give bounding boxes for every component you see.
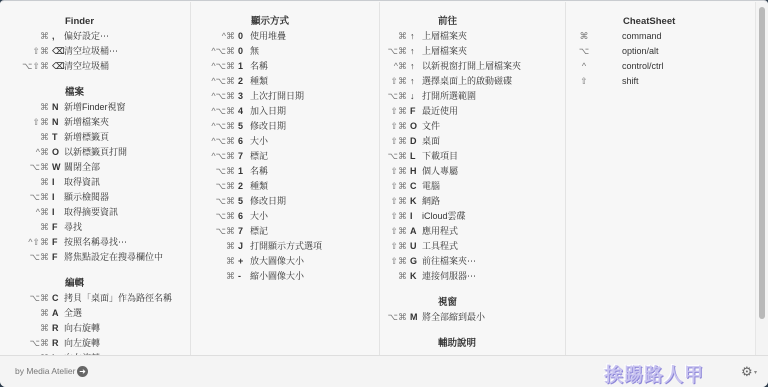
modifier-keys: ⇧⌘K [380, 194, 420, 209]
shortcut-row: ^⌘O以新標籤頁打開 [0, 145, 190, 160]
shortcut-label: 將焦點設定在搜尋欄位中 [64, 250, 163, 265]
modifier-keys: ^⌥⌘7 [191, 149, 248, 164]
shortcut-row: ^⌥⌘3上次打開日期 [191, 89, 379, 104]
section-title: 檔案 [0, 85, 190, 100]
shortcut-row: ⌘-縮小圖像大小 [191, 269, 379, 284]
shortcut-label: 應用程式 [422, 224, 458, 239]
arrow-right-icon[interactable]: ➜ [77, 366, 88, 377]
shortcut-label: 修改日期 [250, 119, 286, 134]
section-title: 前往 [380, 14, 565, 29]
modifier-keys: ⌘+ [191, 254, 248, 269]
shortcut-label: 文件 [422, 119, 440, 134]
modifier-keys: ⇧⌘⌫ [0, 44, 62, 59]
shortcut-row: ⌥⌘F將焦點設定在搜尋欄位中 [0, 250, 190, 265]
section-file: 檔案 ⌘N新增Finder視窗 ⇧⌘N新增檔案夾 ⌘T新增標籤頁 ^⌘O以新標籤… [0, 85, 190, 265]
modifier-keys: ^⌥⌘4 [191, 104, 248, 119]
cheatsheet-window: Finder ⌘,偏好設定⋯ ⇧⌘⌫清空垃圾桶⋯ ⌥⇧⌘⌫清空垃圾桶 檔案 ⌘N… [0, 0, 768, 387]
shortcut-row: ⌥⌘7標記 [191, 224, 379, 239]
shortcut-label: 大小 [250, 134, 268, 149]
modifier-keys: ⇧⌘D [380, 134, 420, 149]
arrow-up-icon: ↑ [410, 59, 420, 74]
section-finder: Finder ⌘,偏好設定⋯ ⇧⌘⌫清空垃圾桶⋯ ⌥⇧⌘⌫清空垃圾桶 [0, 14, 190, 74]
section-edit: 編輯 ⌥⌘C拷貝「桌面」作為路徑名稱 ⌘A全選 ⌘R向右旋轉 ⌥⌘R向左旋轉 ⌘… [0, 276, 190, 366]
modifier-keys: ⇧⌘H [380, 164, 420, 179]
modifier-keys: ⌥⌘L [380, 149, 420, 164]
section-cheatsheet-legend: CheatSheet ⌘command ⌥option/alt ^control… [566, 14, 755, 89]
shortcut-row: ^⌥⌘1名稱 [191, 59, 379, 74]
legend-label: shift [622, 74, 639, 89]
shortcut-row: ^⌥⌘6大小 [191, 134, 379, 149]
modifier-keys: ⌥⌘5 [191, 194, 248, 209]
shortcut-label: 縮小圖像大小 [250, 269, 304, 284]
shortcut-row: ⇧⌘K網路 [380, 194, 565, 209]
column-finder: Finder ⌘,偏好設定⋯ ⇧⌘⌫清空垃圾桶⋯ ⌥⇧⌘⌫清空垃圾桶 檔案 ⌘N… [0, 2, 191, 355]
modifier-keys: ⇧⌘A [380, 224, 420, 239]
legend-row: ^control/ctrl [566, 59, 755, 74]
modifier-keys: ^⌘0 [191, 29, 248, 44]
modifier-keys: ^⌘↑ [380, 59, 420, 74]
legend-label: command [622, 29, 662, 44]
modifier-keys: ⌘I [0, 175, 62, 190]
arrow-up-icon: ↑ [410, 44, 420, 59]
shortcut-label: 使用堆疊 [250, 29, 286, 44]
credit-link[interactable]: by Media Atelier [15, 366, 75, 376]
column-view: 顯示方式 ^⌘0使用堆疊 ^⌥⌘0無 ^⌥⌘1名稱 ^⌥⌘2種類 ^⌥⌘3上次打… [191, 2, 380, 355]
shortcut-row: ⌥⌘I顯示檢閱器 [0, 190, 190, 205]
shortcut-label: 打開顯示方式選項 [250, 239, 322, 254]
arrow-up-icon: ↑ [410, 74, 420, 89]
shortcut-label: 上層檔案夾 [422, 44, 467, 59]
shortcut-label: 向右旋轉 [64, 321, 100, 336]
option-key-icon: ⌥ [566, 44, 602, 59]
shortcut-label: 清空垃圾桶 [64, 59, 109, 74]
shift-key-icon: ⇧ [566, 74, 602, 89]
shortcut-row: ⌥⇧⌘⌫清空垃圾桶 [0, 59, 190, 74]
section-help: 輔助說明 [380, 336, 565, 351]
shortcut-row: ⌘,偏好設定⋯ [0, 29, 190, 44]
shortcut-row: ⌥⌘2種類 [191, 179, 379, 194]
shortcut-row: ⇧⌘C電腦 [380, 179, 565, 194]
shortcut-row: ⌥⌘1名稱 [191, 164, 379, 179]
shortcut-label: 將全部縮到最小 [422, 310, 485, 325]
modifier-keys: ⌥⌘↑ [380, 44, 420, 59]
shortcut-label: 新增檔案夾 [64, 115, 109, 130]
section-title: 編輯 [0, 276, 190, 291]
shortcut-row: ⇧⌘H個人專屬 [380, 164, 565, 179]
modifier-keys: ⌥⌘I [0, 190, 62, 205]
modifier-keys: ⌥⇧⌘⌫ [0, 59, 62, 74]
shortcut-row: ^⌘0使用堆疊 [191, 29, 379, 44]
column-go: 前往 ⌘↑上層檔案夾 ⌥⌘↑上層檔案夾 ^⌘↑以新視窗打開上層檔案夾 ⇧⌘↑選擇… [380, 2, 566, 355]
modifier-keys: ^⌥⌘2 [191, 74, 248, 89]
modifier-keys: ⌥⌘F [0, 250, 62, 265]
shortcut-label: 加入日期 [250, 104, 286, 119]
shortcut-label: 前往檔案夾⋯ [422, 254, 476, 269]
modifier-keys: ⌥⌘W [0, 160, 62, 175]
chevron-down-icon[interactable]: ▾ [754, 369, 757, 376]
modifier-keys: ⌘, [0, 29, 62, 44]
shortcut-label: 網路 [422, 194, 440, 209]
delete-key-icon: ⌫ [52, 59, 62, 74]
shortcut-label: 清空垃圾桶⋯ [64, 44, 118, 59]
section-title: 顯示方式 [191, 14, 379, 29]
gear-icon[interactable]: ⚙ [741, 364, 753, 380]
modifier-keys: ⌘T [0, 130, 62, 145]
legend-row: ⇧shift [566, 74, 755, 89]
shortcut-label: 桌面 [422, 134, 440, 149]
modifier-keys: ⇧⌘U [380, 239, 420, 254]
shortcut-label: 拷貝「桌面」作為路徑名稱 [64, 291, 172, 306]
shortcut-row: ^⌘I取得摘要資訊 [0, 205, 190, 220]
delete-key-icon: ⌫ [52, 44, 62, 59]
control-key-icon: ^ [566, 59, 602, 74]
shortcut-row: ^⌘↑以新視窗打開上層檔案夾 [380, 59, 565, 74]
shortcut-row: ⌥⌘6大小 [191, 209, 379, 224]
shortcut-label: 名稱 [250, 164, 268, 179]
shortcut-row: ⇧⌘A應用程式 [380, 224, 565, 239]
modifier-keys: ^⌥⌘1 [191, 59, 248, 74]
shortcut-row: ⇧⌘F最近使用 [380, 104, 565, 119]
shortcut-row: ⌥⌘L下載項目 [380, 149, 565, 164]
shortcut-label: 修改日期 [250, 194, 286, 209]
shortcut-row: ⌘A全選 [0, 306, 190, 321]
modifier-keys: ⌥⌘7 [191, 224, 248, 239]
shortcut-label: 新增Finder視窗 [64, 100, 126, 115]
modifier-keys: ⇧⌘G [380, 254, 420, 269]
shortcut-row: ^⌥⌘0無 [191, 44, 379, 59]
modifier-keys: ^⌥⌘0 [191, 44, 248, 59]
shortcut-label: 上次打開日期 [250, 89, 304, 104]
shortcut-label: 標記 [250, 224, 268, 239]
arrow-down-icon: ↓ [410, 89, 420, 104]
shortcut-label: 向左旋轉 [64, 336, 100, 351]
shortcut-row: ⌘R向右旋轉 [0, 321, 190, 336]
section-go: 前往 ⌘↑上層檔案夾 ⌥⌘↑上層檔案夾 ^⌘↑以新視窗打開上層檔案夾 ⇧⌘↑選擇… [380, 14, 565, 284]
legend-row: ⌘command [566, 29, 755, 44]
section-window: 視窗 ⌥⌘M將全部縮到最小 [380, 295, 565, 325]
shortcut-label: 取得摘要資訊 [64, 205, 118, 220]
modifier-keys: ^⌘O [0, 145, 62, 160]
shortcut-label: 名稱 [250, 59, 268, 74]
shortcut-label: iCloud雲碟 [422, 209, 466, 224]
shortcut-label: 無 [250, 44, 259, 59]
shortcut-label: 下載項目 [422, 149, 458, 164]
modifier-keys: ⌥⌘C [0, 291, 62, 306]
modifier-keys: ⌘K [380, 269, 420, 284]
shortcut-label: 標記 [250, 149, 268, 164]
modifier-keys: ^⌥⌘3 [191, 89, 248, 104]
shortcut-label: 連接伺服器⋯ [422, 269, 476, 284]
modifier-keys: ⇧⌘N [0, 115, 62, 130]
column-legend: CheatSheet ⌘command ⌥option/alt ^control… [566, 2, 755, 355]
shortcut-label: 放大圖像大小 [250, 254, 304, 269]
shortcut-label: 偏好設定⋯ [64, 29, 109, 44]
modifier-keys: ⇧⌘F [380, 104, 420, 119]
shortcut-label: 關閉全部 [64, 160, 100, 175]
shortcut-row: ^⌥⌘4加入日期 [191, 104, 379, 119]
modifier-keys: ⇧⌘I [380, 209, 420, 224]
shortcut-row: ⌘I取得資訊 [0, 175, 190, 190]
vertical-scrollbar[interactable] [755, 2, 768, 355]
modifier-keys: ⌥⌘2 [191, 179, 248, 194]
shortcut-label: 尋找 [64, 220, 82, 235]
shortcut-label: 顯示檢閱器 [64, 190, 109, 205]
shortcut-row: ⌘F尋找 [0, 220, 190, 235]
modifier-keys: ^⌥⌘6 [191, 134, 248, 149]
shortcut-row: ⇧⌘IiCloud雲碟 [380, 209, 565, 224]
legend-label: option/alt [622, 44, 659, 59]
shortcut-label: 按照名稱尋找⋯ [64, 235, 127, 250]
section-title: Finder [0, 14, 190, 29]
arrow-up-icon: ↑ [410, 29, 420, 44]
shortcut-label: 工具程式 [422, 239, 458, 254]
modifier-keys: ⇧⌘C [380, 179, 420, 194]
command-key-icon: ⌘ [566, 29, 602, 44]
modifier-keys: ⌥⌘6 [191, 209, 248, 224]
footer-bar: by Media Atelier ➜ 挨踢路人甲 ⚙ ▾ [0, 355, 768, 387]
shortcut-row: ⇧⌘⌫清空垃圾桶⋯ [0, 44, 190, 59]
legend-row: ⌥option/alt [566, 44, 755, 59]
modifier-keys: ⇧⌘↑ [380, 74, 420, 89]
shortcut-row: ^⇧⌘F按照名稱尋找⋯ [0, 235, 190, 250]
shortcut-row: ⇧⌘↑選擇桌面上的啟動磁碟 [380, 74, 565, 89]
shortcut-row: ^⌥⌘2種類 [191, 74, 379, 89]
shortcut-label: 電腦 [422, 179, 440, 194]
shortcut-row: ⇧⌘D桌面 [380, 134, 565, 149]
shortcut-label: 新增標籤頁 [64, 130, 109, 145]
shortcut-columns: Finder ⌘,偏好設定⋯ ⇧⌘⌫清空垃圾桶⋯ ⌥⇧⌘⌫清空垃圾桶 檔案 ⌘N… [0, 2, 755, 355]
shortcut-row: ⇧⌘U工具程式 [380, 239, 565, 254]
shortcut-row: ⌘J打開顯示方式選項 [191, 239, 379, 254]
modifier-keys: ⌘F [0, 220, 62, 235]
modifier-keys: ⌘- [191, 269, 248, 284]
shortcut-row: ⌥⌘↓打開所選範圍 [380, 89, 565, 104]
shortcut-row: ⌘↑上層檔案夾 [380, 29, 565, 44]
scrollbar-thumb[interactable] [759, 7, 765, 319]
shortcut-row: ⌥⌘M將全部縮到最小 [380, 310, 565, 325]
shortcut-label: 以新視窗打開上層檔案夾 [422, 59, 521, 74]
modifier-keys: ⌥⌘1 [191, 164, 248, 179]
shortcut-row: ⌥⌘C拷貝「桌面」作為路徑名稱 [0, 291, 190, 306]
shortcut-row: ⇧⌘N新增檔案夾 [0, 115, 190, 130]
modifier-keys: ^⇧⌘F [0, 235, 62, 250]
modifier-keys: ⌘J [191, 239, 248, 254]
shortcut-label: 種類 [250, 74, 268, 89]
modifier-keys: ⌘A [0, 306, 62, 321]
shortcut-row: ⌘N新增Finder視窗 [0, 100, 190, 115]
modifier-keys: ⇧⌘O [380, 119, 420, 134]
modifier-keys: ^⌥⌘5 [191, 119, 248, 134]
shortcut-label: 選擇桌面上的啟動磁碟 [422, 74, 512, 89]
shortcut-row: ⌥⌘W關閉全部 [0, 160, 190, 175]
shortcut-row: ⌘T新增標籤頁 [0, 130, 190, 145]
modifier-keys: ⌥⌘↓ [380, 89, 420, 104]
shortcut-label: 全選 [64, 306, 82, 321]
shortcut-label: 個人專屬 [422, 164, 458, 179]
section-title: 輔助說明 [380, 336, 565, 351]
legend-label: control/ctrl [622, 59, 664, 74]
modifier-keys: ⌥⌘M [380, 310, 420, 325]
shortcut-label: 大小 [250, 209, 268, 224]
shortcut-label: 取得資訊 [64, 175, 100, 190]
modifier-keys: ⌘N [0, 100, 62, 115]
shortcut-label: 以新標籤頁打開 [64, 145, 127, 160]
shortcut-row: ⌘K連接伺服器⋯ [380, 269, 565, 284]
section-view: 顯示方式 ^⌘0使用堆疊 ^⌥⌘0無 ^⌥⌘1名稱 ^⌥⌘2種類 ^⌥⌘3上次打… [191, 14, 379, 284]
modifier-keys: ^⌘I [0, 205, 62, 220]
section-title: 視窗 [380, 295, 565, 310]
shortcut-label: 最近使用 [422, 104, 458, 119]
shortcut-row: ⌥⌘R向左旋轉 [0, 336, 190, 351]
modifier-keys: ⌘↑ [380, 29, 420, 44]
shortcut-row: ⌘+放大圖像大小 [191, 254, 379, 269]
shortcut-row: ⌥⌘5修改日期 [191, 194, 379, 209]
shortcut-label: 打開所選範圍 [422, 89, 476, 104]
watermark-text: 挨踢路人甲 [604, 360, 704, 387]
shortcut-row: ^⌥⌘5修改日期 [191, 119, 379, 134]
shortcut-label: 上層檔案夾 [422, 29, 467, 44]
shortcut-row: ⇧⌘G前往檔案夾⋯ [380, 254, 565, 269]
shortcut-row: ⇧⌘O文件 [380, 119, 565, 134]
shortcut-row: ⌥⌘↑上層檔案夾 [380, 44, 565, 59]
modifier-keys: ⌥⌘R [0, 336, 62, 351]
modifier-keys: ⌘R [0, 321, 62, 336]
shortcut-label: 種類 [250, 179, 268, 194]
shortcut-row: ^⌥⌘7標記 [191, 149, 379, 164]
section-title: CheatSheet [566, 14, 755, 29]
